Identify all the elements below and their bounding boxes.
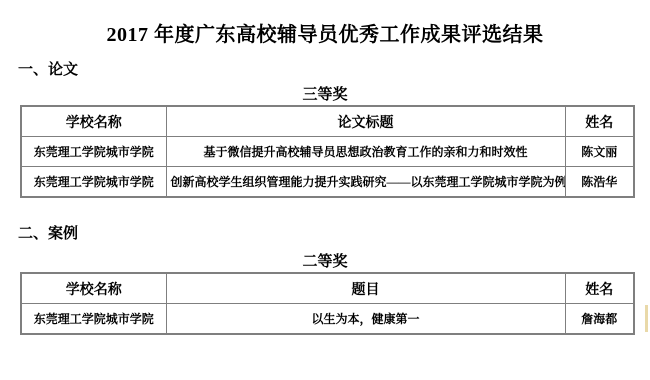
edge-highlight-marker <box>645 305 648 332</box>
cell-school: 东莞理工学院城市学院 <box>21 304 166 335</box>
document-title: 2017 年度广东高校辅导员优秀工作成果评选结果 <box>0 18 650 47</box>
papers-results-table: 学校名称 论文标题 姓名 东莞理工学院城市学院 基于微信提升高校辅导员思想政治教… <box>20 105 635 198</box>
cell-name: 陈浩华 <box>565 167 634 198</box>
document-page: 2017 年度广东高校辅导员优秀工作成果评选结果 一、论文 三等奖 学校名称 论… <box>0 0 650 380</box>
cell-school: 东莞理工学院城市学院 <box>21 137 166 167</box>
column-header-name: 姓名 <box>565 273 634 304</box>
column-header-case-title: 题目 <box>166 273 565 304</box>
section-2-award-heading: 二等奖 <box>0 250 650 271</box>
cell-school: 东莞理工学院城市学院 <box>21 167 166 198</box>
table-header-row: 学校名称 题目 姓名 <box>21 273 634 304</box>
column-header-name: 姓名 <box>565 106 634 137</box>
column-header-school: 学校名称 <box>21 273 166 304</box>
table-row: 东莞理工学院城市学院 基于微信提升高校辅导员思想政治教育工作的亲和力和时效性 陈… <box>21 137 634 167</box>
table-row: 东莞理工学院城市学院 创新高校学生组织管理能力提升实践研究——以东莞理工学院城市… <box>21 167 634 198</box>
column-header-school: 学校名称 <box>21 106 166 137</box>
table-header-row: 学校名称 论文标题 姓名 <box>21 106 634 137</box>
column-header-paper-title: 论文标题 <box>166 106 565 137</box>
cell-paper-title: 基于微信提升高校辅导员思想政治教育工作的亲和力和时效性 <box>166 137 565 167</box>
cell-name: 詹海都 <box>565 304 634 335</box>
section-1-award-heading: 三等奖 <box>0 83 650 104</box>
cell-paper-title: 创新高校学生组织管理能力提升实践研究——以东莞理工学院城市学院为例 <box>166 167 565 198</box>
cell-name: 陈文丽 <box>565 137 634 167</box>
section-1-heading: 一、论文 <box>18 58 78 79</box>
section-2-heading: 二、案例 <box>18 222 78 243</box>
cases-results-table: 学校名称 题目 姓名 东莞理工学院城市学院 以生为本，健康第一 詹海都 <box>20 272 635 335</box>
cell-case-title: 以生为本，健康第一 <box>166 304 565 335</box>
table-row: 东莞理工学院城市学院 以生为本，健康第一 詹海都 <box>21 304 634 335</box>
